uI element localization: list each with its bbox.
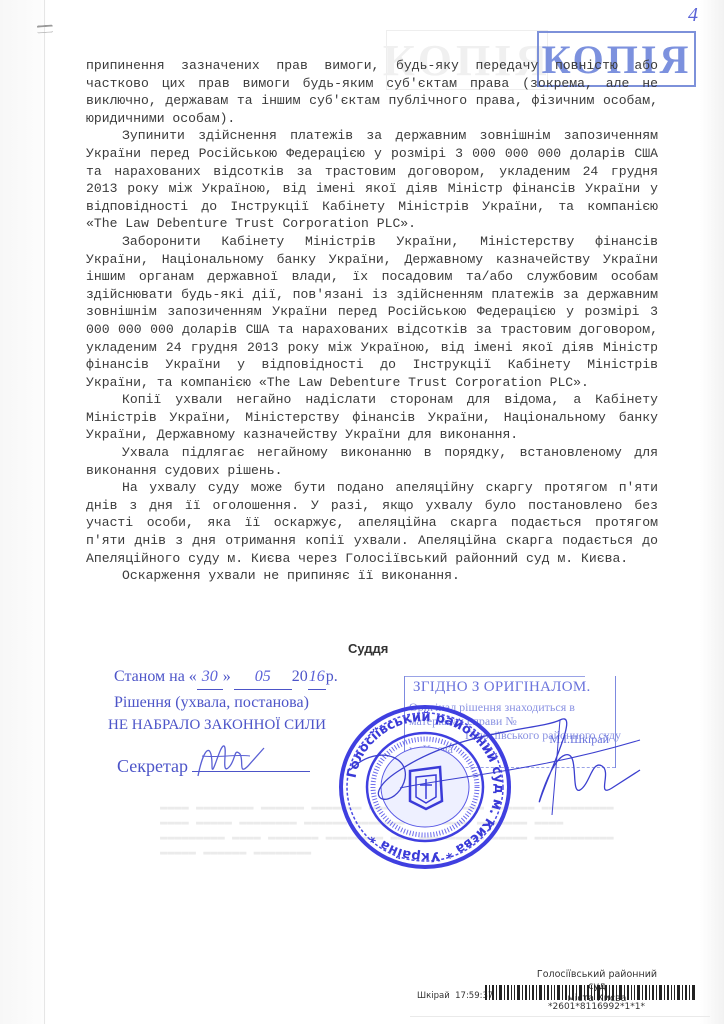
page-fold-edge <box>44 0 45 1024</box>
paragraph: Заборонити Кабінету Міністрів України, М… <box>86 233 658 391</box>
ruling-text: припинення зазначених прав вимоги, будь-… <box>86 57 658 585</box>
secretary-signature-icon <box>190 736 270 786</box>
handwritten-year: 16 <box>308 664 326 690</box>
paragraph: На ухвалу суду може бути подано апеляцій… <box>86 479 658 567</box>
handwritten-day: 30 <box>197 664 223 690</box>
barcode-number: *2601*8116992*1*1* <box>548 1002 645 1012</box>
judge-signature-icon <box>340 700 660 820</box>
footer-divider <box>410 1016 710 1017</box>
legal-status-stamp: Станом на «30»052016р. Рішення (ухвала, … <box>114 664 338 715</box>
secretary-label: Секретар <box>117 756 188 776</box>
barcode-icon <box>485 985 695 1000</box>
status-date-line: Станом на «30»052016р. <box>114 664 338 690</box>
certified-copy-title: ЗГІДНО З ОРИГІНАЛОМ. <box>413 679 591 696</box>
document-page: 4 КОПІЯ КОПІЯ припинення зазначених прав… <box>0 0 724 1024</box>
year-suffix: р. <box>326 668 338 685</box>
handwritten-month: 05 <box>234 664 292 690</box>
year-prefix: 20 <box>292 668 308 685</box>
not-in-force-status: НЕ НАБРАЛО ЗАКОННОЇ СИЛИ <box>108 717 326 734</box>
footer-user: Шкірай <box>417 991 450 1001</box>
paragraph: припинення зазначених прав вимоги, будь-… <box>86 57 658 127</box>
handwritten-page-number: 4 <box>688 4 698 27</box>
as-of-label: Станом на « <box>114 668 197 685</box>
stamp-rule <box>405 676 585 677</box>
quote-mark: » <box>223 668 231 685</box>
paragraph: Оскарження ухвали не припиняє її виконан… <box>86 567 658 585</box>
decision-type: Рішення (ухвала, постанова) <box>114 690 338 715</box>
paragraph: Копії ухвали негайно надіслати сторонам … <box>86 391 658 444</box>
staple-icon <box>37 24 54 33</box>
paragraph: Ухвала підлягає негайному виконанню в по… <box>86 444 658 479</box>
footer-user-time: Шкірай 17:59:37 <box>417 991 493 1001</box>
judge-label: Суддя <box>348 641 388 656</box>
paragraph: Зупинити здійснення платежів за державни… <box>86 127 658 233</box>
